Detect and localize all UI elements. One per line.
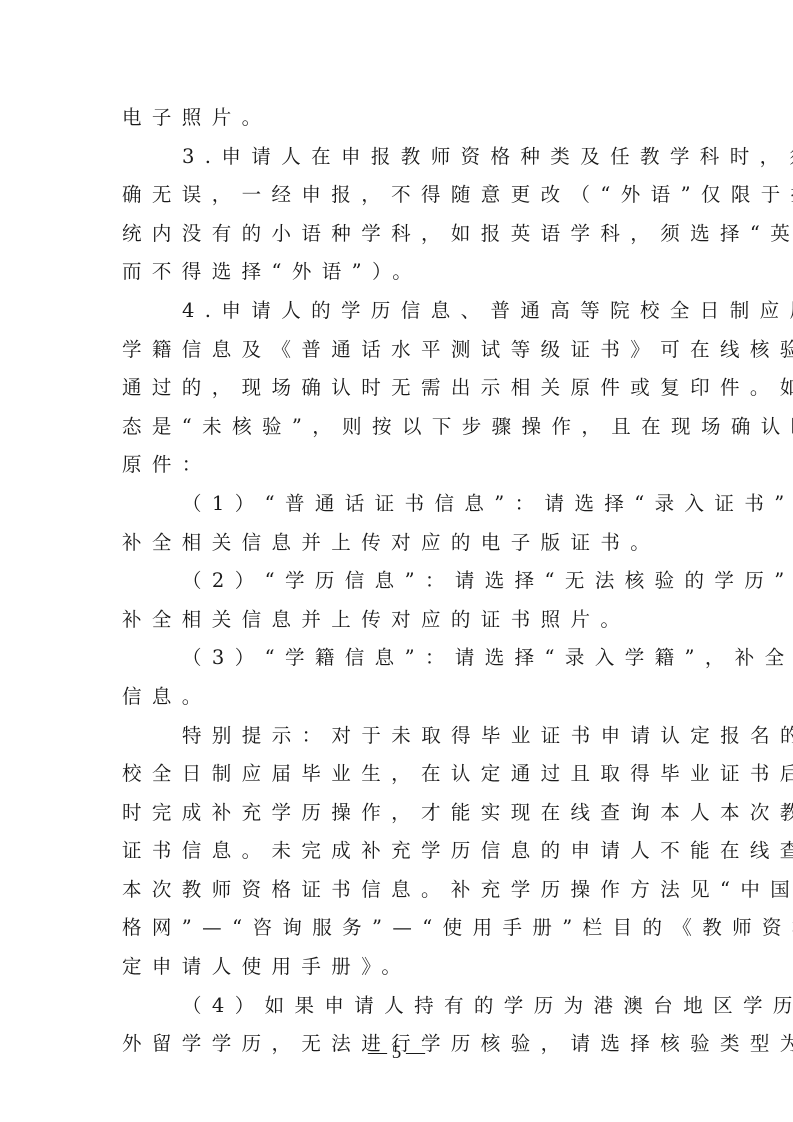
text-line: （4）如果申请人持有的学历为港澳台地区学历或者国 [122, 987, 674, 1026]
text-line: 态是“未核验”，则按以下步骤操作，且在现场确认时出具 [122, 408, 674, 447]
text-line: 补全相关信息并上传对应的电子版证书。 [122, 524, 674, 563]
text-line: 3.申请人在申报教师资格种类及任教学科时，须确保正 [122, 138, 674, 177]
text-line: 定申请人使用手册》。 [122, 948, 674, 987]
text-line: 原件： [122, 446, 674, 485]
text-line: （3）“学籍信息”：请选择“录入学籍”，补全相关 [122, 639, 674, 678]
document-page: 电子照片。 3.申请人在申报教师资格种类及任教学科时，须确保正 确无误，一经申报… [0, 0, 793, 1122]
text-line: 证书信息。未完成补充学历信息的申请人不能在线查询本人 [122, 832, 674, 871]
text-line: （2）“学历信息”：请选择“无法核验的学历”类型， [122, 562, 674, 601]
text-line: 校全日制应届毕业生，在认定通过且取得毕业证书后，应及 [122, 755, 674, 794]
page-number: — 5 — [0, 1042, 793, 1064]
text-line: 而不得选择“外语”）。 [122, 253, 674, 292]
text-line: 格网”—“咨询服务”—“使用手册”栏目的《教师资格认 [122, 909, 674, 948]
text-line: 确无误，一经申报，不得随意更改（“外语”仅限于报名系 [122, 176, 674, 215]
text-line: 4.申请人的学历信息、普通高等院校全日制应届毕业生 [122, 292, 674, 331]
text-line: 补全相关信息并上传对应的证书照片。 [122, 601, 674, 640]
body-text: 电子照片。 3.申请人在申报教师资格种类及任教学科时，须确保正 确无误，一经申报… [122, 99, 674, 1064]
text-line: 时完成补充学历操作，才能实现在线查询本人本次教师资格 [122, 794, 674, 833]
text-line: 信息。 [122, 678, 674, 717]
text-line: 学籍信息及《普通话水平测试等级证书》可在线核验，核验 [122, 331, 674, 370]
text-line: 电子照片。 [122, 99, 674, 138]
text-line: 通过的，现场确认时无需出示相关原件或复印件。如核验状 [122, 369, 674, 408]
text-line: （1）“普通话证书信息”：请选择“录入证书”类型， [122, 485, 674, 524]
text-line: 特别提示：对于未取得毕业证书申请认定报名的普通高 [122, 717, 674, 756]
text-line: 统内没有的小语种学科，如报英语学科，须选择“英语”， [122, 215, 674, 254]
text-line: 本次教师资格证书信息。补充学历操作方法见“中国教师资 [122, 871, 674, 910]
